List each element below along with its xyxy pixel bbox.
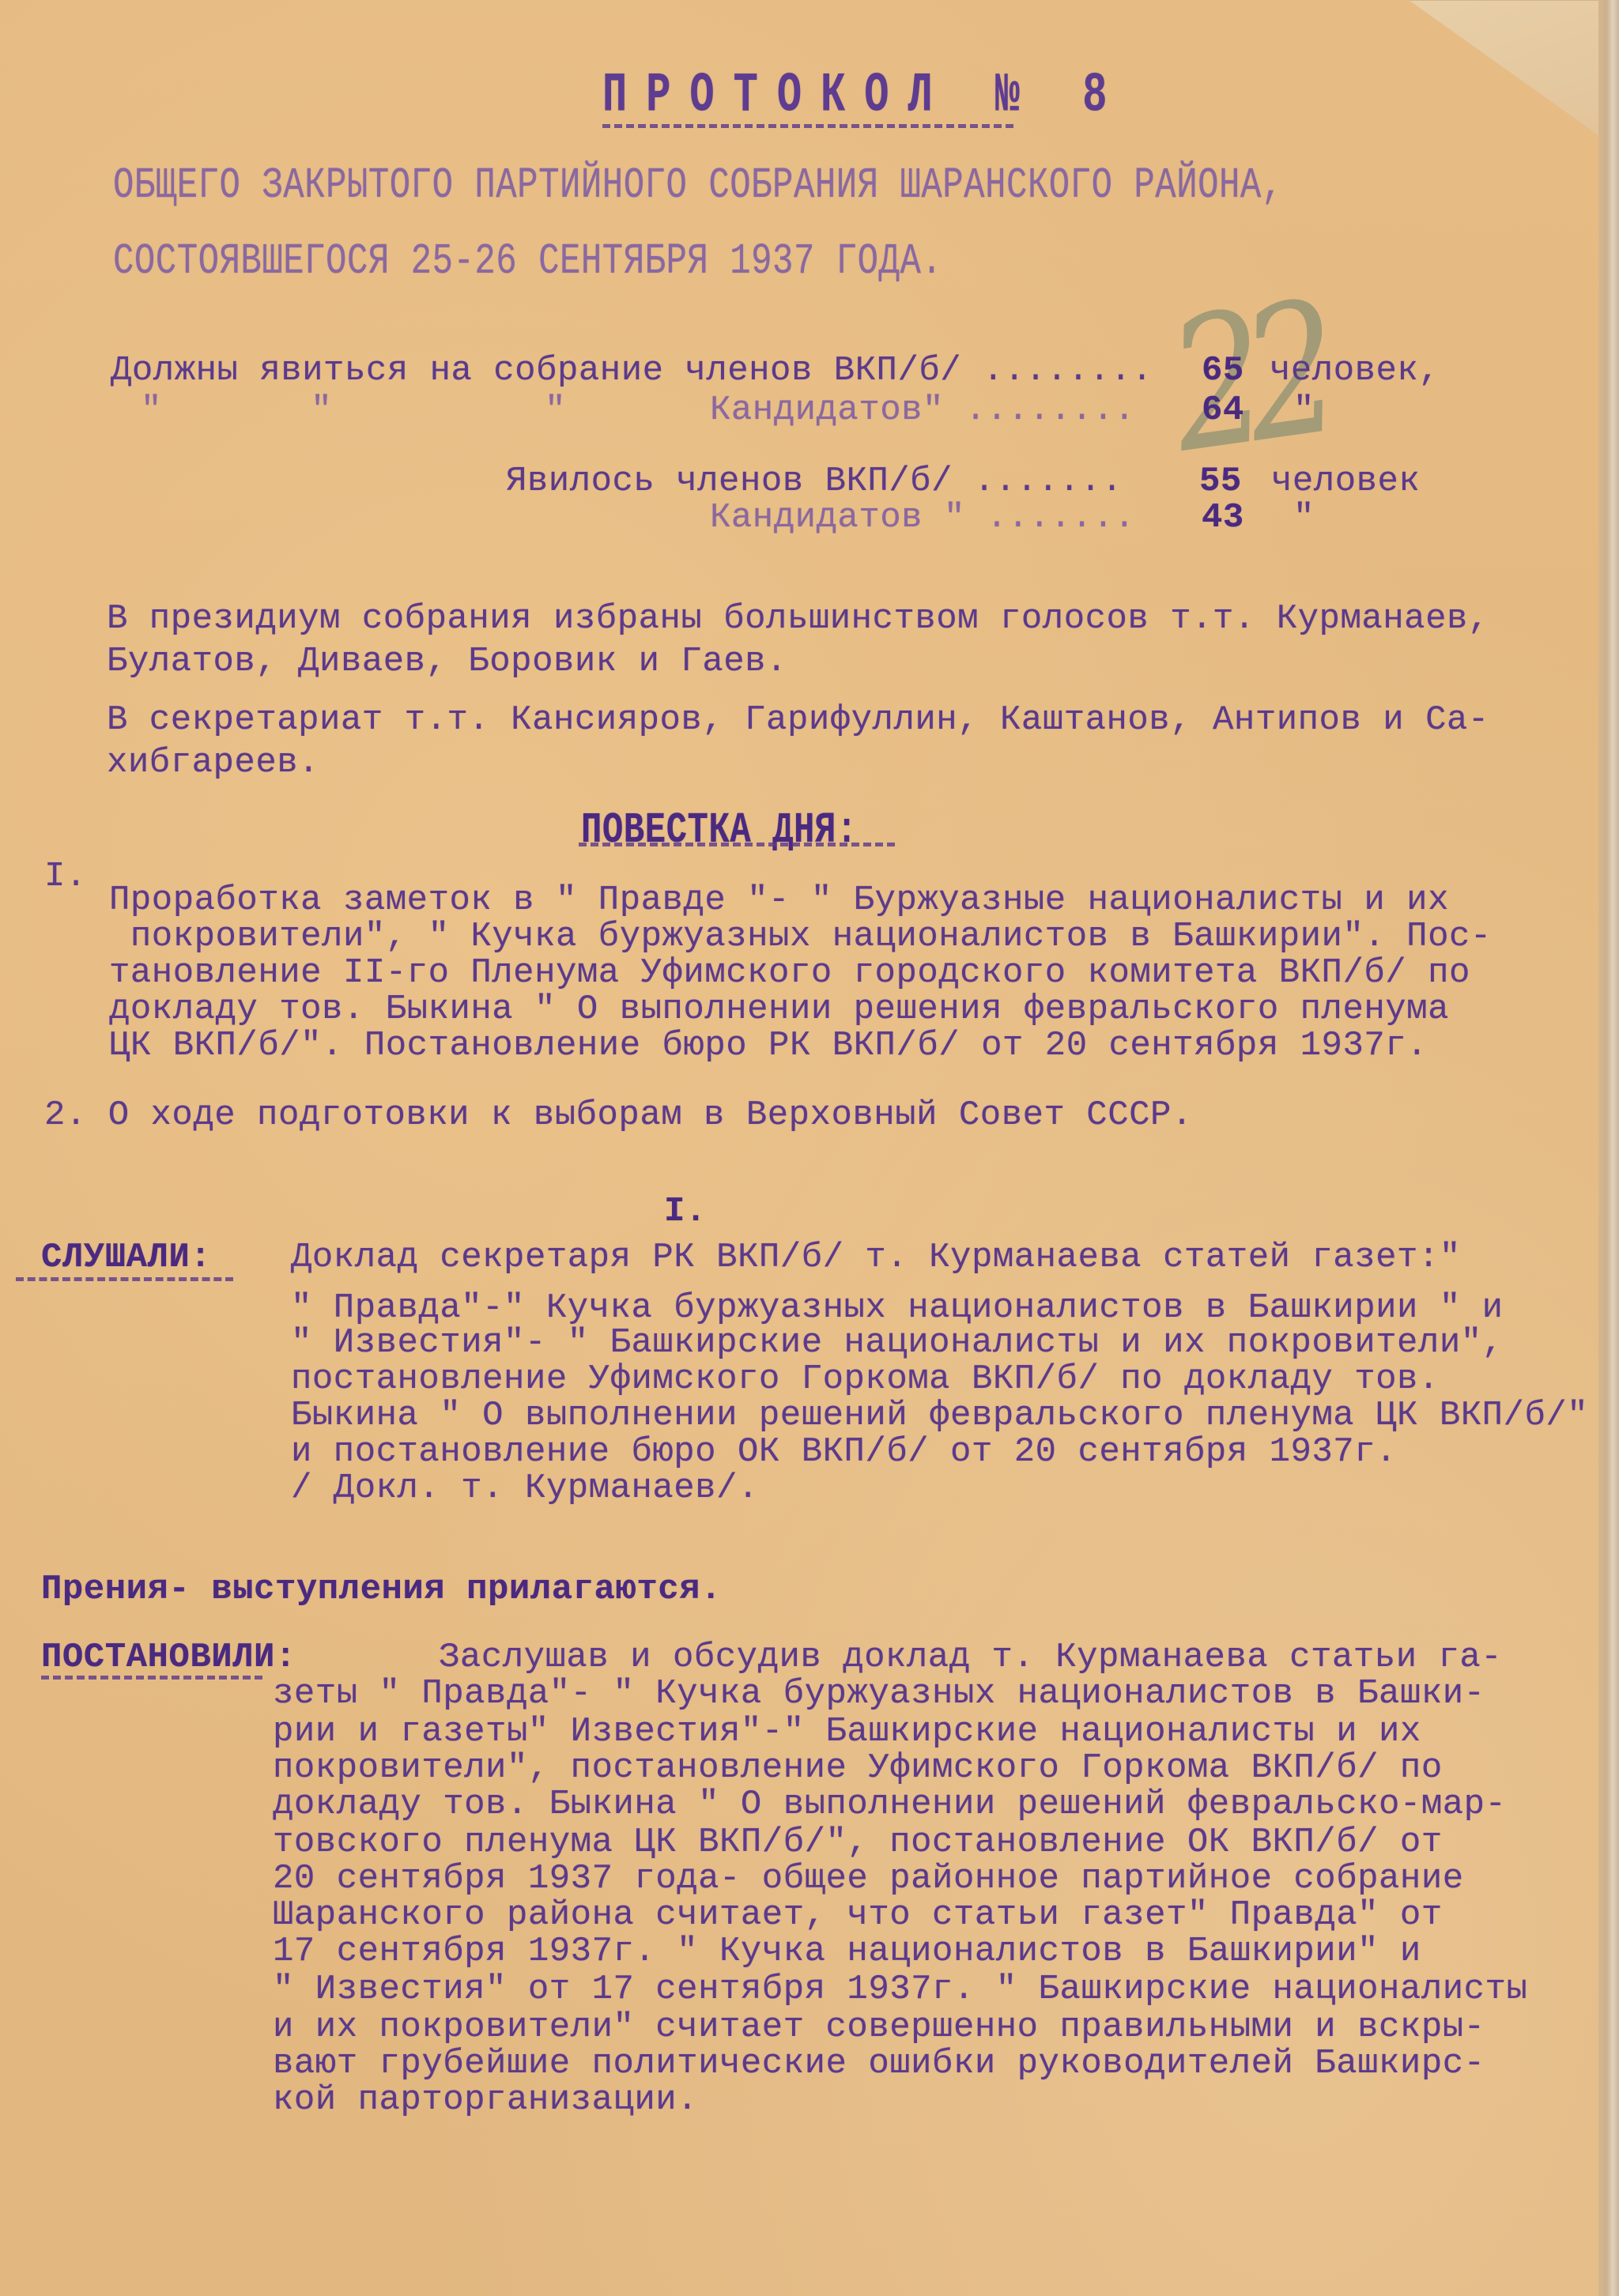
resolved-line: зеты " Правда"- " Кучка буржуазных нацио… [273, 1674, 1485, 1714]
resolved-line: и их покровители" считает совершенно пра… [273, 2008, 1485, 2047]
secretariat-line-2: хибгареев. [107, 743, 319, 782]
heard-line: " Известия"- " Башкирские националисты и… [291, 1323, 1504, 1363]
expected-members-unit: человек, [1270, 351, 1440, 390]
heard-label: СЛУШАЛИ: [41, 1238, 211, 1277]
agenda-item-2: 2. О ходе подготовки к выборам в Верховн… [44, 1095, 1193, 1135]
expected-candidates-value: 64 [1202, 390, 1244, 430]
agenda-item-1-line: покровители", " Кучка буржуазных национа… [109, 917, 1492, 956]
present-candidates-unit: " [1293, 498, 1315, 537]
subtitle-line-1: ОБЩЕГО ЗАКРЫТОГО ПАРТИЙНОГО СОБРАНИЯ ШАР… [113, 161, 1283, 211]
agenda-item-1-number: I. [44, 857, 87, 896]
debates-note: Прения- выступления прилагаются. [41, 1570, 722, 1609]
resolved-line: покровители", постановление Уфимского Го… [273, 1748, 1443, 1788]
heard-line: " Правда"-" Кучка буржуазных националист… [291, 1288, 1504, 1328]
resolved-line: " Известия" от 17 сентября 1937г. " Башк… [273, 1970, 1527, 2009]
document-page: ПРОТОКОЛ № 8 ОБЩЕГО ЗАКРЫТОГО ПАРТИЙНОГО… [0, 0, 1619, 2296]
page-edge [1598, 0, 1619, 2296]
agenda-item-1-line: ЦК ВКП/б/". Постановление бюро РК ВКП/б/… [109, 1026, 1428, 1065]
agenda-item-1-line: докладу тов. Быкина " О выполнении решен… [109, 990, 1449, 1029]
present-candidates-label: Кандидатов " ....... [710, 498, 1135, 537]
heard-label-underline [16, 1277, 233, 1281]
resolved-line: рии и газеты" Известия"-" Башкирские нац… [273, 1712, 1421, 1751]
present-members-value: 55 [1199, 462, 1242, 501]
document-title: ПРОТОКОЛ № 8 [602, 70, 1126, 123]
present-members-label: Явилось членов ВКП/б/ ....... [506, 462, 1123, 501]
resolved-first-line: Заслушав и обсудив доклад т. Курманаева … [439, 1638, 1502, 1677]
resolved-line: Шаранского района считает, что статьи га… [273, 1895, 1443, 1935]
agenda-item-1-line: Проработка заметок в " Правде "- " Буржу… [109, 880, 1449, 920]
folded-corner [1409, 0, 1598, 135]
expected-candidates-label: Кандидатов" ........ [710, 390, 1135, 430]
ditto-marks: " " " [141, 390, 566, 430]
present-members-unit: человек [1271, 462, 1420, 501]
resolved-label: ПОСТАНОВИЛИ: [41, 1638, 296, 1677]
resolved-line: 20 сентября 1937 года- общее районное па… [273, 1859, 1464, 1898]
resolved-line: товского пленума ЦК ВКП/б/", постановлен… [273, 1823, 1443, 1862]
resolved-line: кой парторганизации. [273, 2080, 698, 2120]
expected-members-value: 65 [1202, 351, 1244, 390]
resolved-line: вают грубейшие политические ошибки руков… [273, 2044, 1485, 2083]
secretariat-line-1: В секретариат т.т. Кансияров, Гарифуллин… [107, 700, 1489, 740]
section-number: I. [664, 1192, 707, 1231]
heard-line: Доклад секретаря РК ВКП/б/ т. Курманаева… [291, 1238, 1461, 1277]
presidium-line-2: Булатов, Диваев, Боровик и Гаев. [107, 642, 787, 681]
present-candidates-value: 43 [1202, 498, 1244, 537]
resolved-line: докладу тов. Быкина " О выполнении решен… [273, 1785, 1506, 1824]
agenda-item-1-line: тановление II-го Пленума Уфимского город… [109, 953, 1470, 993]
heard-line: и постановление бюро ОК ВКП/б/ от 20 сен… [291, 1432, 1397, 1472]
heard-line: Быкина " О выполнении решений февральско… [291, 1396, 1588, 1435]
presidium-line-1: В президиум собрания избраны большинство… [107, 599, 1489, 639]
resolved-label-underline [41, 1676, 262, 1680]
heard-line: / Докл. т. Курманаев/. [291, 1468, 759, 1508]
expected-members-label: Должны явиться на собрание членов ВКП/б/… [111, 351, 1153, 390]
expected-candidates-unit: " [1293, 390, 1315, 430]
resolved-line: 17 сентября 1937г. " Кучка националистов… [273, 1932, 1421, 1971]
subtitle-line-2: СОСТОЯВШЕГОСЯ 25-26 СЕНТЯБРЯ 1937 ГОДА. [113, 237, 942, 287]
agenda-heading: ПОВЕСТКА ДНЯ: [581, 806, 858, 856]
title-underline [602, 124, 1013, 128]
heard-line: постановление Уфимского Горкома ВКП/б/ п… [291, 1359, 1440, 1399]
agenda-heading-underline [579, 843, 895, 846]
